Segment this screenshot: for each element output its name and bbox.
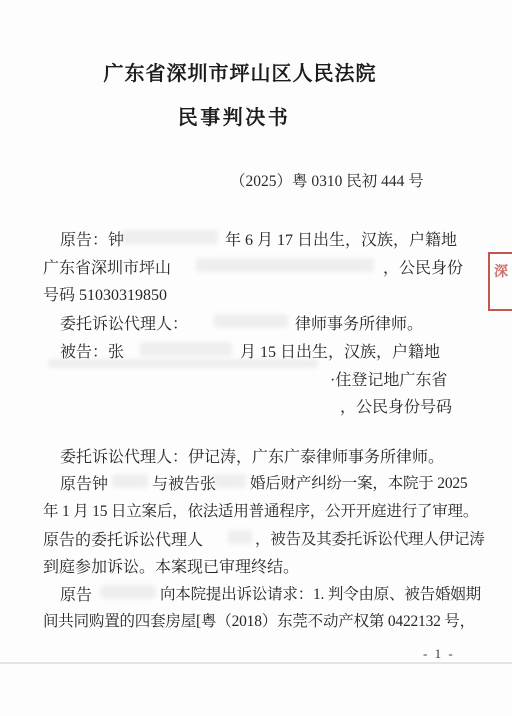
text-fragment: ·住登记地广东省 (330, 367, 447, 390)
text-line-defendant-agent: 委托诉讼代理人：伊记涛，广东广泰律师事务所律师。 (0, 444, 512, 464)
text-fragment: 号码 51030319850 (43, 282, 167, 305)
text-line-plaintiff-id: 号码 51030319850 (0, 282, 512, 302)
text-fragment: 与被告张 (152, 471, 216, 494)
court-name: 广东省深圳市坪山区人民法院 (0, 57, 480, 86)
text-fragment: 到庭参加诉讼。本案现已审理终结。 (43, 554, 299, 577)
text-fragment: 原告：钟 (60, 227, 124, 250)
text-line-procedure: 年 1 月 15 日立案后，依法适用普通程序，公开开庭进行了审理。 (0, 499, 512, 519)
court-seal-stamp: 深 (488, 252, 512, 311)
redaction-smudge (100, 585, 156, 599)
document-title: 民事判决书 (0, 101, 468, 130)
redaction-smudge (122, 230, 218, 244)
text-fragment: 原告的委托诉讼代理人 (43, 527, 203, 550)
text-fragment: ，公民身份 (383, 255, 463, 278)
text-line-claims-2: 间共同购置的四套房屋[粤（2018）东莞不动产权第 0422132 号， (0, 609, 512, 629)
text-fragment: 间共同购置的四套房屋[粤（2018）东莞不动产权第 0422132 号， (43, 609, 475, 631)
text-fragment: 委托诉讼代理人：伊记涛，广东广泰律师事务所律师。 (60, 444, 444, 467)
redaction-smudge (112, 474, 148, 488)
redaction-smudge (196, 258, 374, 272)
text-fragment: 律师事务所律师。 (295, 311, 423, 334)
text-line-defendant-address: ·住登记地广东省 (0, 367, 512, 387)
redaction-smudge (140, 342, 232, 356)
text-line-claims-1: 原告 向本院提出诉讼请求：1. 判令由原、被告婚姻期 (0, 582, 512, 602)
redaction-smudge (214, 314, 288, 328)
text-fragment: 向本院提出诉讼请求：1. 判令由原、被告婚姻期 (160, 582, 481, 604)
case-number: （2025）粤 0310 民初 444 号 (230, 169, 424, 191)
redaction-smudge (48, 359, 318, 368)
text-fragment: 原告钟 (60, 471, 108, 494)
text-fragment: 原告 (60, 582, 92, 605)
redaction-smudge (228, 530, 252, 544)
text-line-attendance: 原告的委托诉讼代理人 ，被告及其委托诉讼代理人伊记涛 (0, 527, 512, 547)
page-number: - 1 - (423, 646, 455, 662)
text-line-plaintiff: 原告：钟 年 6 月 17 日出生，汉族，户籍地 (0, 227, 512, 247)
judgment-document-page: 广东省深圳市坪山区人民法院 民事判决书 （2025）粤 0310 民初 444 … (0, 0, 512, 716)
text-line-defendant-id: ，公民身份号码 (0, 394, 512, 414)
text-fragment: 委托诉讼代理人： (60, 311, 188, 334)
text-line-conclusion: 到庭参加诉讼。本案现已审理终结。 (0, 554, 512, 574)
text-line-case-intro: 原告钟 与被告张 婚后财产纠纷一案，本院于 2025 (0, 471, 512, 491)
footer-divider (0, 662, 512, 664)
text-line-defendant: 被告：张 月 15 日出生，汉族，户籍地 (0, 339, 512, 359)
redaction-smudge (214, 474, 246, 488)
text-fragment: 年 1 月 15 日立案后，依法适用普通程序，公开开庭进行了审理。 (43, 499, 478, 521)
court-seal-text: 深 (494, 261, 508, 281)
text-fragment: 广东省深圳市坪山 (43, 255, 171, 278)
text-fragment: 年 6 月 17 日出生，汉族，户籍地 (225, 227, 457, 250)
text-fragment: ，公民身份号码 (340, 394, 452, 417)
text-fragment: 婚后财产纠纷一案，本院于 2025 (250, 471, 467, 493)
text-fragment: ，被告及其委托诉讼代理人伊记涛 (255, 527, 485, 549)
